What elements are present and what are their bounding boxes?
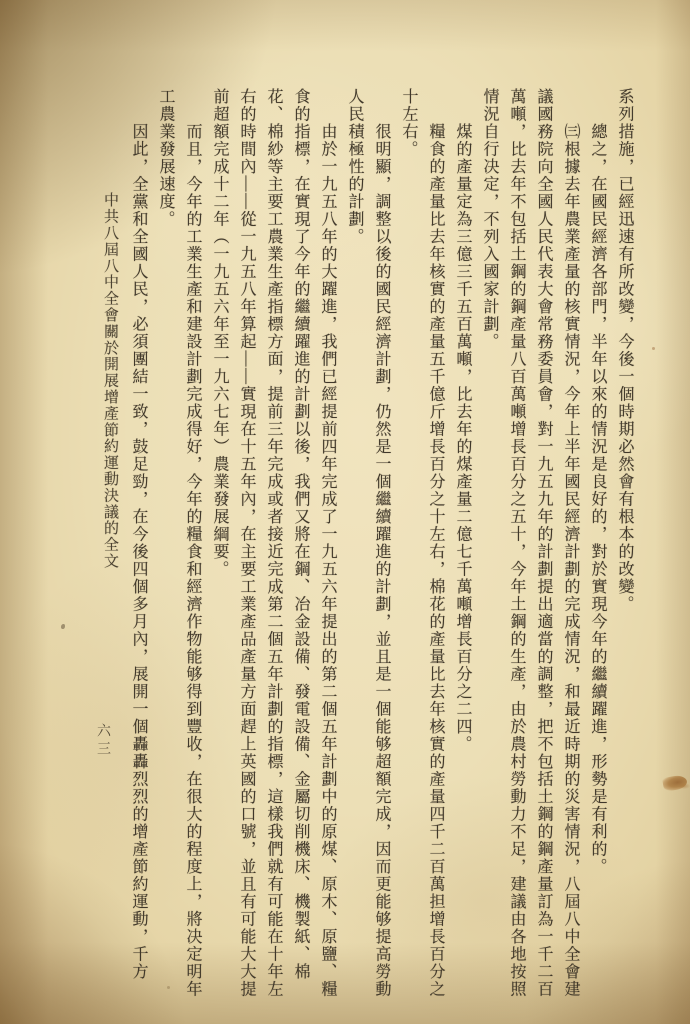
paper-stain-tail bbox=[678, 783, 690, 789]
body-paragraph-4: 煤的產量定為三億三千五百萬噸，比去年的煤產量二億七千萬噸增長百分之二四。 bbox=[449, 88, 476, 1000]
paper-speck bbox=[167, 986, 170, 989]
body-paragraph-9: 因此，全黨和全國人民，必須團結一致，鼓足勁，在今後四個多月內，展開一個轟轟烈烈的… bbox=[125, 88, 152, 1000]
body-paragraph-7: 由於一九五八年的大躍進，我們已經提前四年完成了一九五六年提出的第二個五年計劃中的… bbox=[206, 88, 341, 1000]
body-paragraph-8: 而且，今年的工業生產和建設計劃完成得好，今年的糧食和經濟作物能够得到豐收，在很大… bbox=[152, 88, 206, 1000]
page-number: 六三 bbox=[92, 723, 112, 759]
paper-speck bbox=[61, 624, 65, 629]
document-body: 系列措施，已經迅速有所改變，今後一個時期必然會有根本的改變。 總之，在國民經濟各… bbox=[120, 88, 638, 1000]
body-paragraph-6: 很明顯，調整以後的國民經濟計劃，仍然是一個繼續躍進的計劃，並且是一個能够超額完成… bbox=[341, 88, 395, 1000]
body-paragraph-2: 總之，在國民經濟各部門，半年以來的情況是良好的，對於實現今年的繼續躍進，形勢是有… bbox=[584, 88, 611, 1000]
paper-speck bbox=[652, 347, 655, 350]
body-paragraph-5: 糧食的產量比去年核實的產量五千億斤增長百分之十左右，棉花的產量比去年核實的產量四… bbox=[395, 88, 449, 1000]
scanned-page: 系列措施，已經迅速有所改變，今後一個時期必然會有根本的改變。 總之，在國民經濟各… bbox=[0, 0, 690, 1024]
margin-title: 中共八屆八中全會關於開展增產節約運動決議的全文 bbox=[99, 192, 121, 584]
body-paragraph-3: ㈢根據去年農業產量的核實情況，今年上半年國民經濟計劃的完成情況，和最近時期的災害… bbox=[476, 88, 584, 1000]
body-paragraph-1: 系列措施，已經迅速有所改變，今後一個時期必然會有根本的改變。 bbox=[611, 88, 638, 1000]
